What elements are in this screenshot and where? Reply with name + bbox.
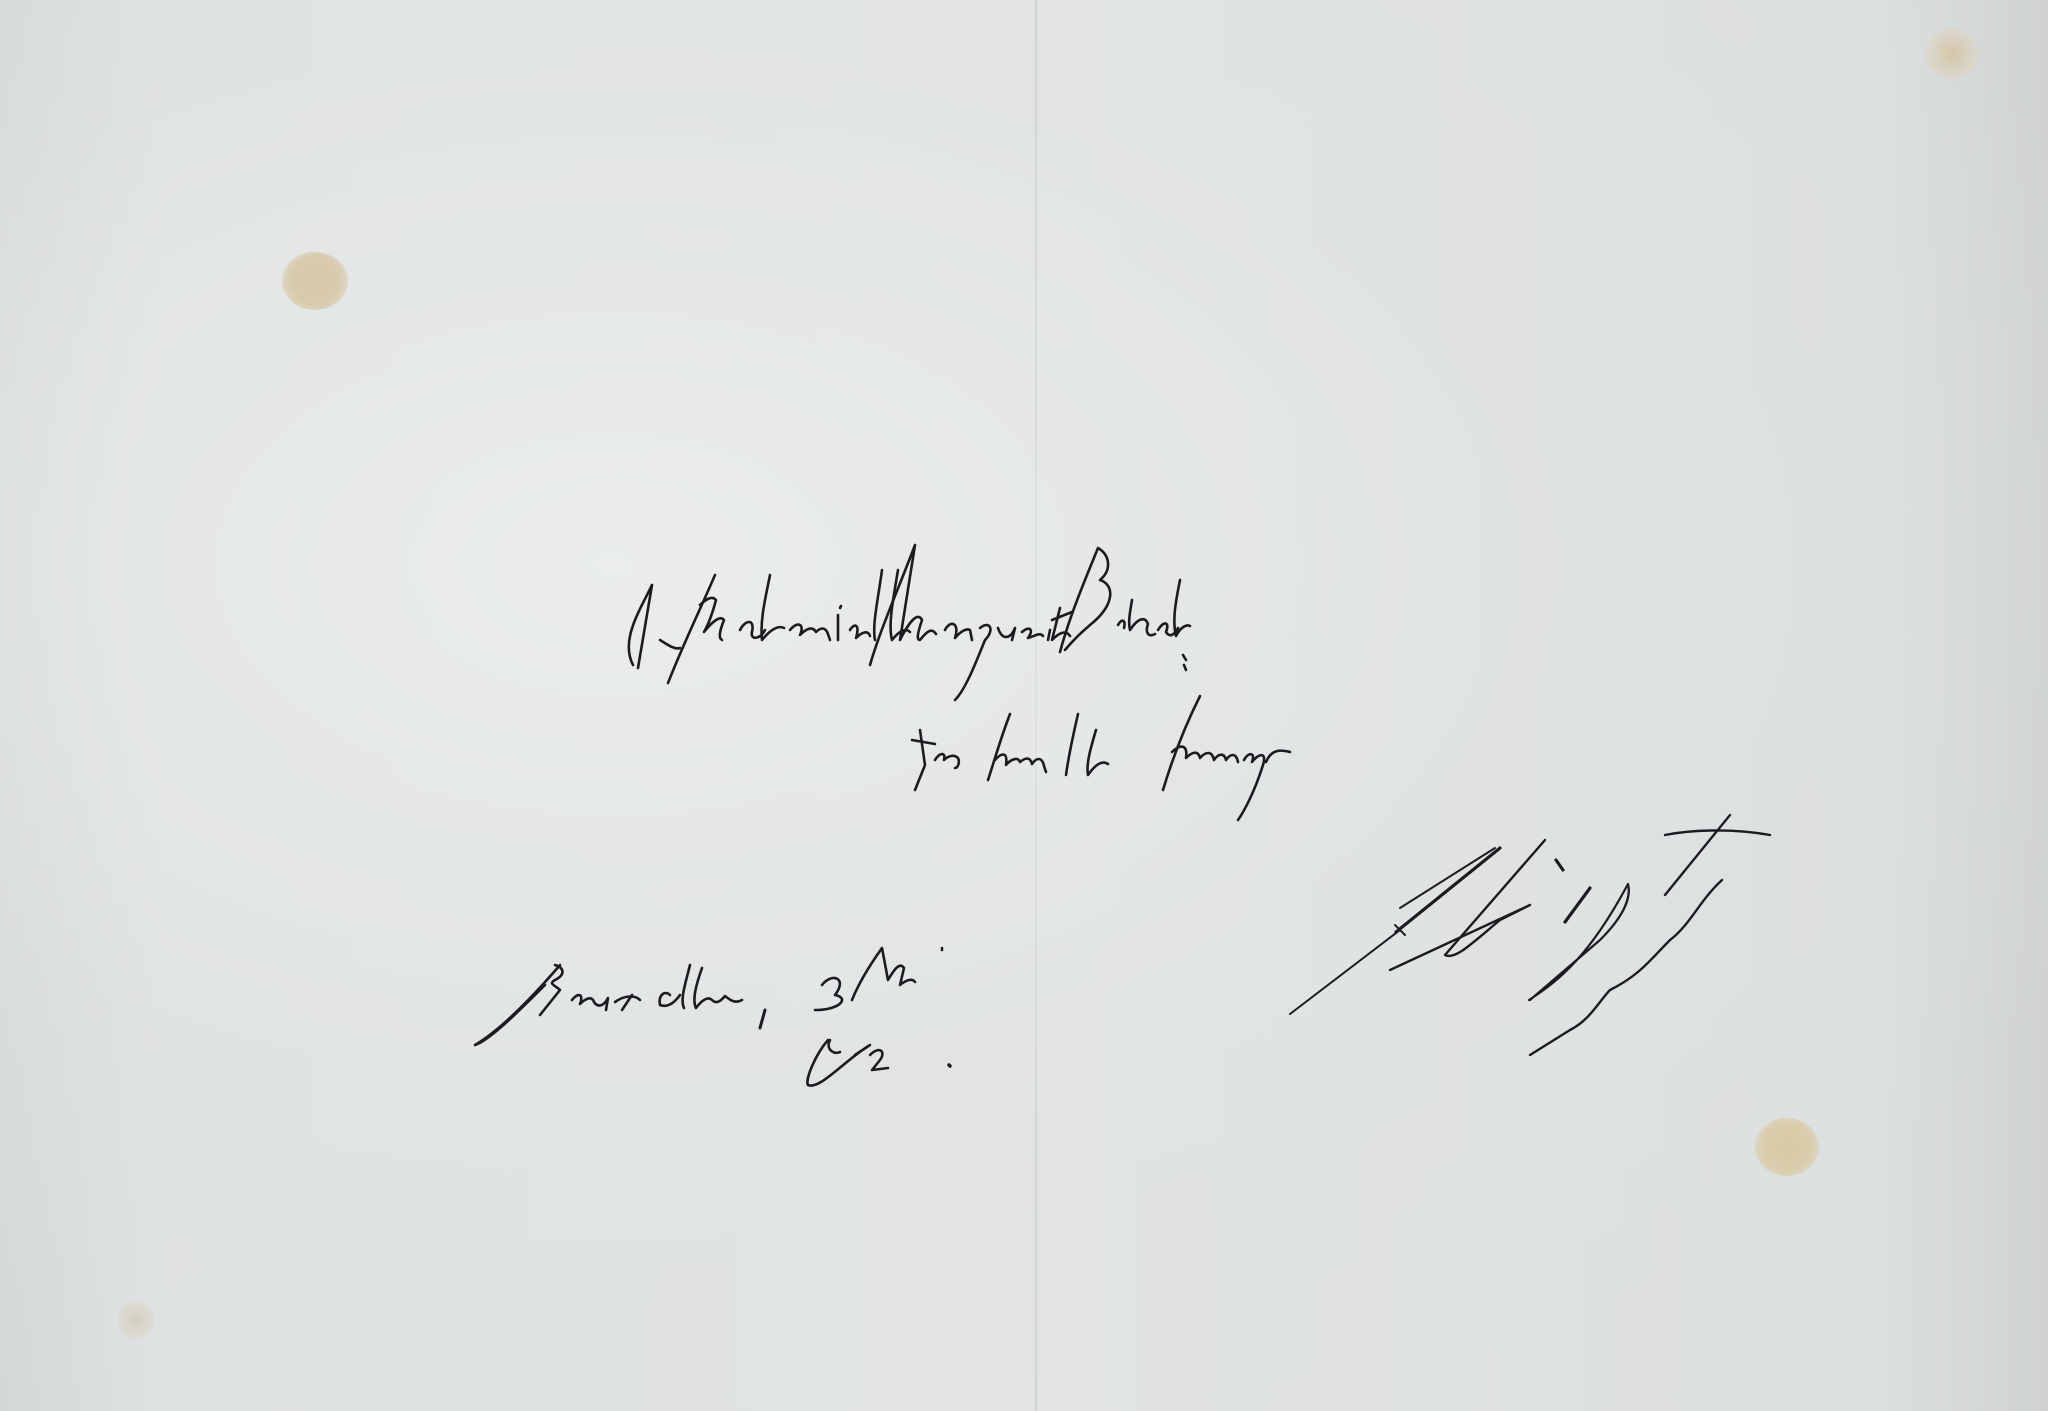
handwriting-line-1	[629, 570, 910, 683]
signature-fliszt	[1290, 815, 1770, 1055]
handwriting-place-date	[475, 948, 950, 1086]
handwriting-line-1c	[1060, 548, 1190, 670]
letter-sheet: À Mademoiselle Marguerite Béard; très hu…	[0, 0, 2048, 1411]
handwriting-line-1b	[870, 545, 1072, 700]
handwriting-ink	[0, 0, 2048, 1411]
handwriting-line-2	[912, 696, 1290, 820]
